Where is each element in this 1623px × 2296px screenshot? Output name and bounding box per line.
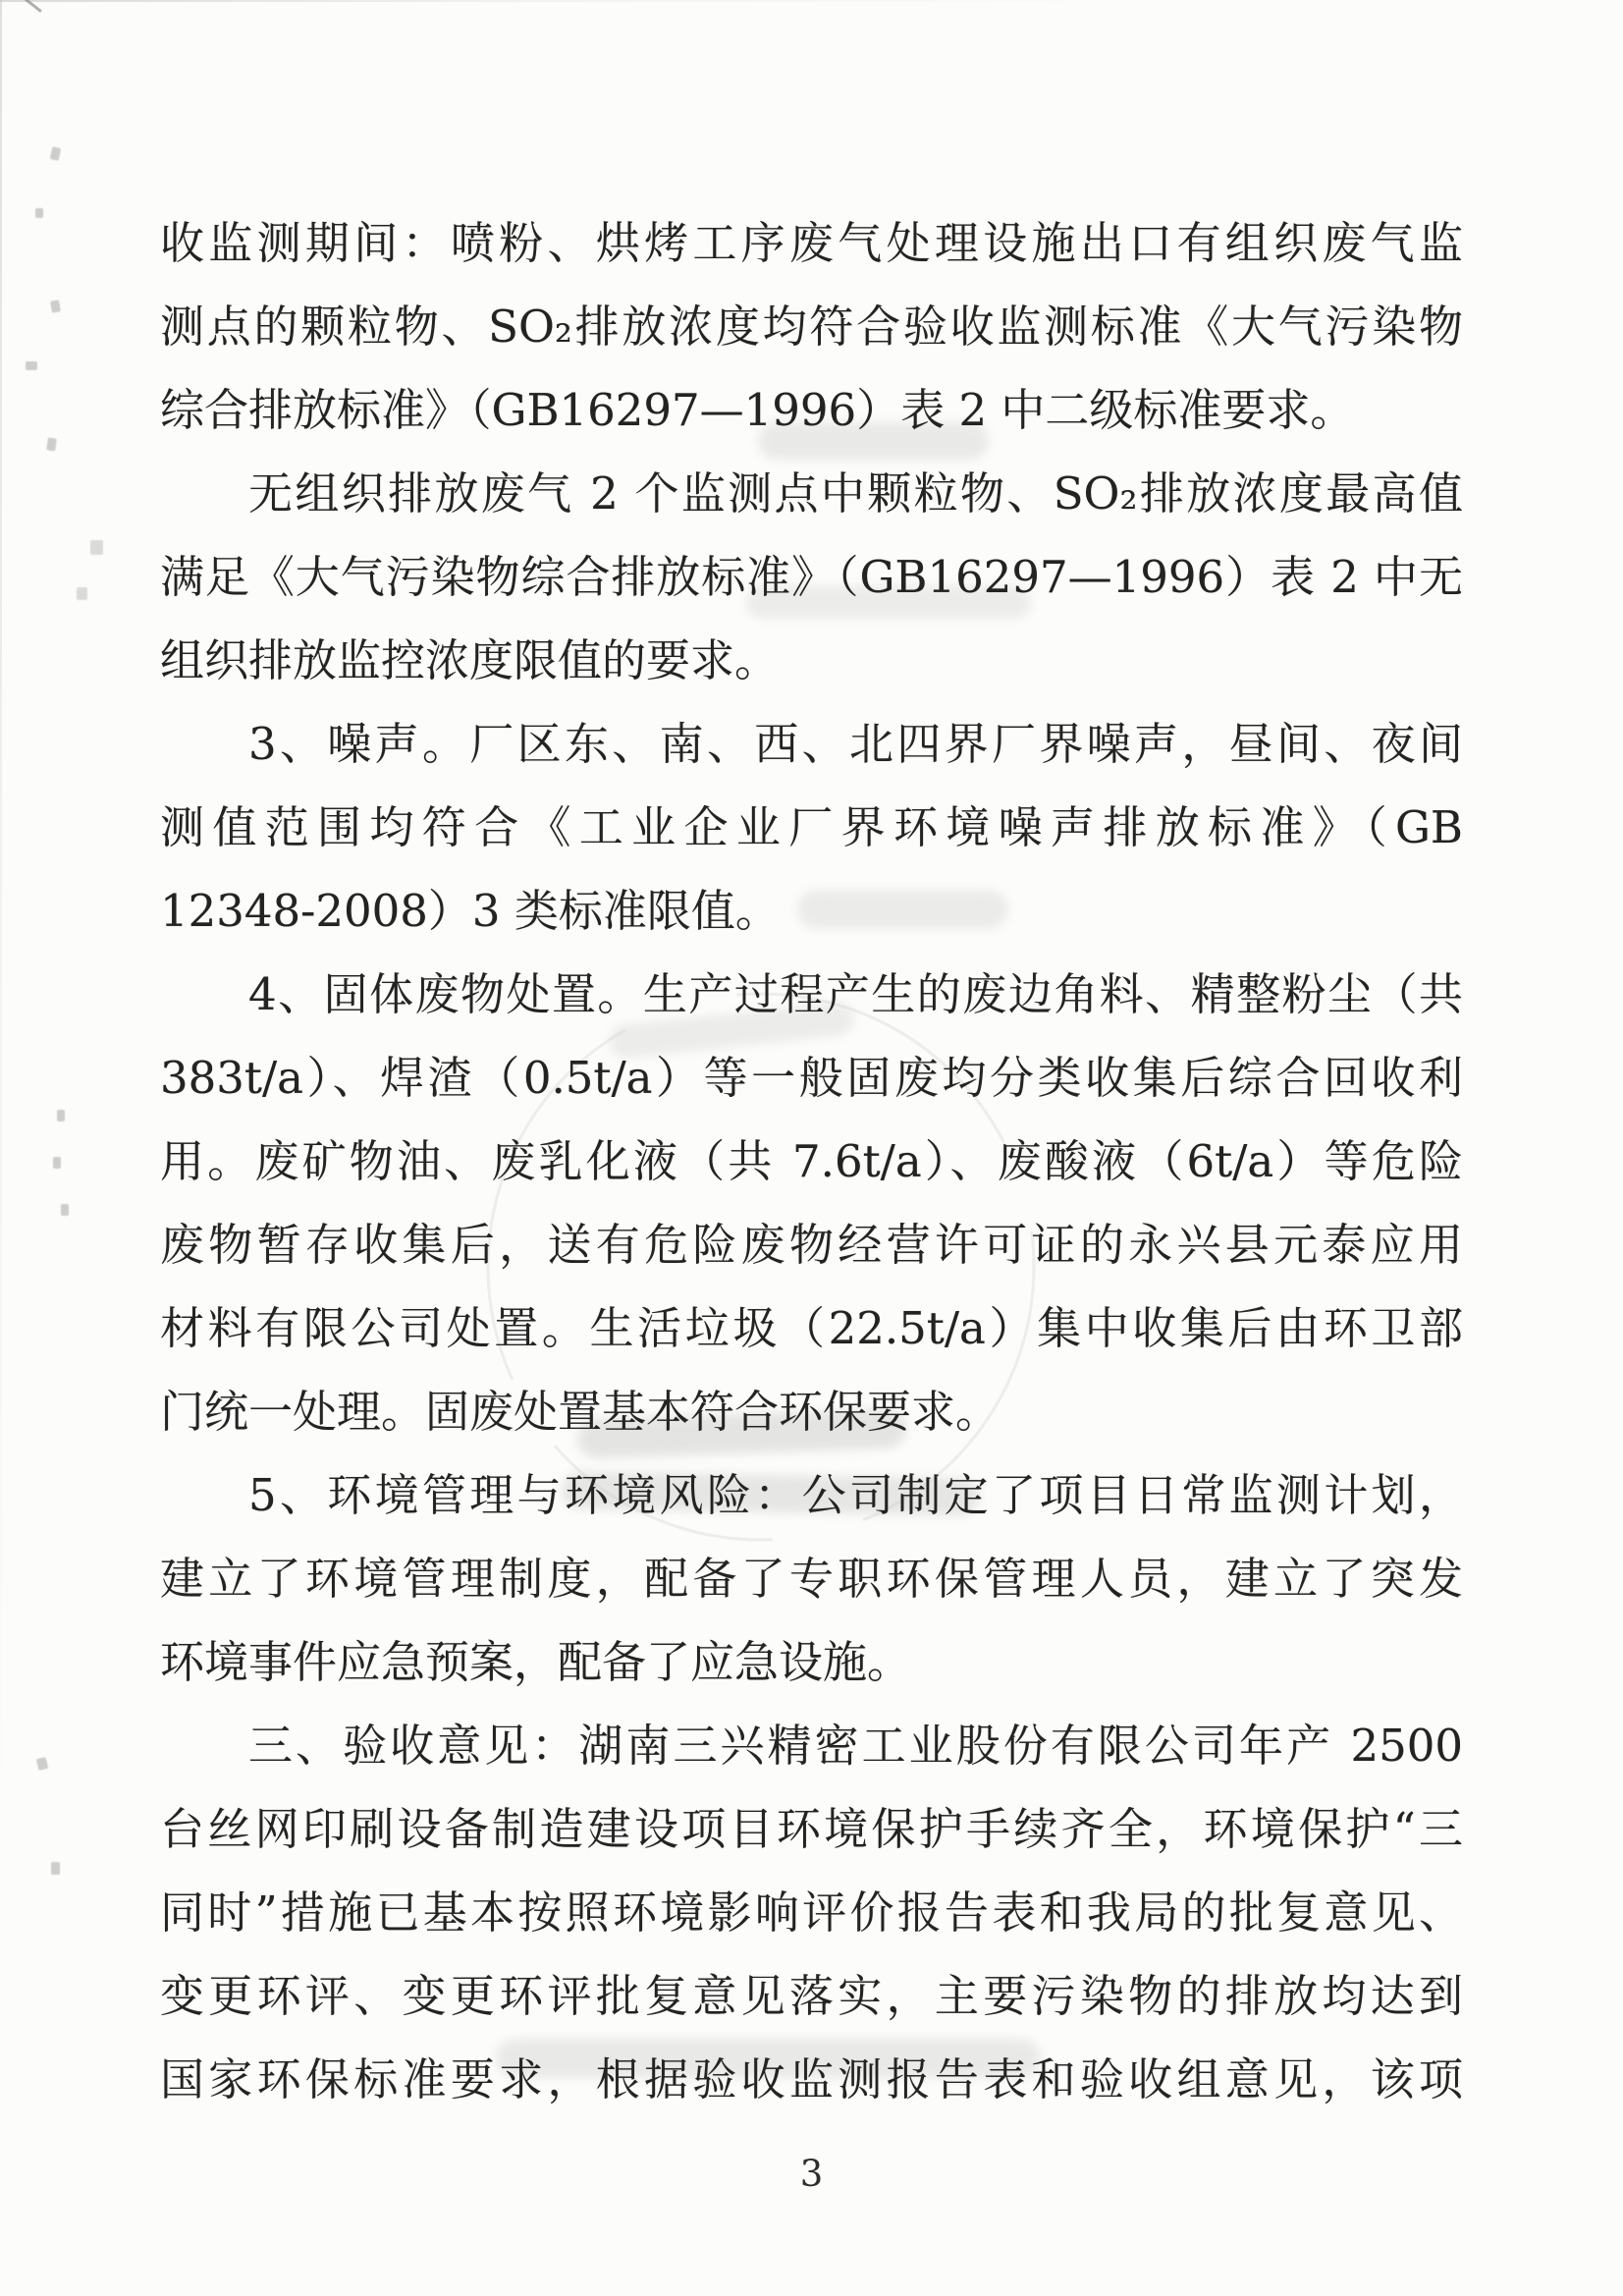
scan-artifact [26,361,37,370]
text-line: 4、固体废物处置。生产过程产生的废边角料、精整粉尘（共 [160,953,1463,1036]
text-line: 12348-2008）3 类标准限值。 [160,869,1463,953]
text-line: 无组织排放废气 2 个监测点中颗粒物、SO₂排放浓度最高值 [160,452,1463,535]
scan-artifact [53,1157,61,1169]
text-line: 废物暂存收集后，送有危险废物经营许可证的永兴县元泰应用 [160,1203,1463,1286]
scan-artifact [90,540,103,555]
text-line: 环境事件应急预案，配备了应急设施。 [160,1620,1463,1704]
scan-artifact [77,587,87,600]
scan-artifact [61,1204,69,1216]
scan-edge-left [0,0,2,2296]
text-line: 同时”措施已基本按照环境影响评价报告表和我局的批复意见、 [160,1871,1463,1954]
text-line: 满足《大气污染物综合排放标准》（GB16297—1996）表 2 中无 [160,535,1463,619]
text-line: 收监测期间：喷粉、烘烤工序废气处理设施出口有组织废气监 [160,201,1463,285]
text-line: 测点的颗粒物、SO₂排放浓度均符合验收监测标准《大气污染物 [160,285,1463,368]
text-line: 三、验收意见：湖南三兴精密工业股份有限公司年产 2500 [160,1704,1463,1787]
scan-edge-top [0,0,1623,2]
text-line: 国家环保标准要求，根据验收监测报告表和验收组意见，该项 [160,2038,1463,2121]
scan-artifact [46,437,57,451]
text-line: 测值范围均符合《工业企业厂界环境噪声排放标准》（GB [160,786,1463,869]
scan-artifact [50,300,61,312]
text-line: 383t/a）、焊渣（0.5t/a）等一般固废均分类收集后综合回收利 [160,1036,1463,1120]
text-line: 3、噪声。厂区东、南、西、北四界厂界噪声，昼间、夜间 [160,702,1463,786]
text-line: 用。废矿物油、废乳化液（共 7.6t/a）、废酸液（6t/a）等危险 [160,1120,1463,1203]
text-line: 组织排放监控浓度限值的要求。 [160,619,1463,702]
page-number: 3 [0,2153,1623,2195]
scan-artifact [35,208,43,218]
scanned-document-page: 收监测期间：喷粉、烘烤工序废气处理设施出口有组织废气监测点的颗粒物、SO₂排放浓… [0,0,1623,2296]
text-line: 综合排放标准》（GB16297—1996）表 2 中二级标准要求。 [160,368,1463,452]
document-body: 收监测期间：喷粉、烘烤工序废气处理设施出口有组织废气监测点的颗粒物、SO₂排放浓… [160,201,1463,2121]
text-line: 材料有限公司处置。生活垃圾（22.5t/a）集中收集后由环卫部 [160,1286,1463,1370]
scan-artifact [57,1110,65,1121]
text-line: 建立了环境管理制度，配备了专职环保管理人员，建立了突发 [160,1537,1463,1620]
text-line: 台丝网印刷设备制造建设项目环境保护手续齐全，环境保护“三 [160,1787,1463,1871]
scan-artifact [51,1862,60,1875]
text-line: 变更环评、变更环评批复意见落实，主要污染物的排放均达到 [160,1954,1463,2038]
text-line: 5、环境管理与环境风险：公司制定了项目日常监测计划， [160,1453,1463,1537]
text-line: 门统一处理。固废处置基本符合环保要求。 [160,1370,1463,1453]
scan-artifact [50,146,62,161]
scan-artifact [36,1757,49,1771]
